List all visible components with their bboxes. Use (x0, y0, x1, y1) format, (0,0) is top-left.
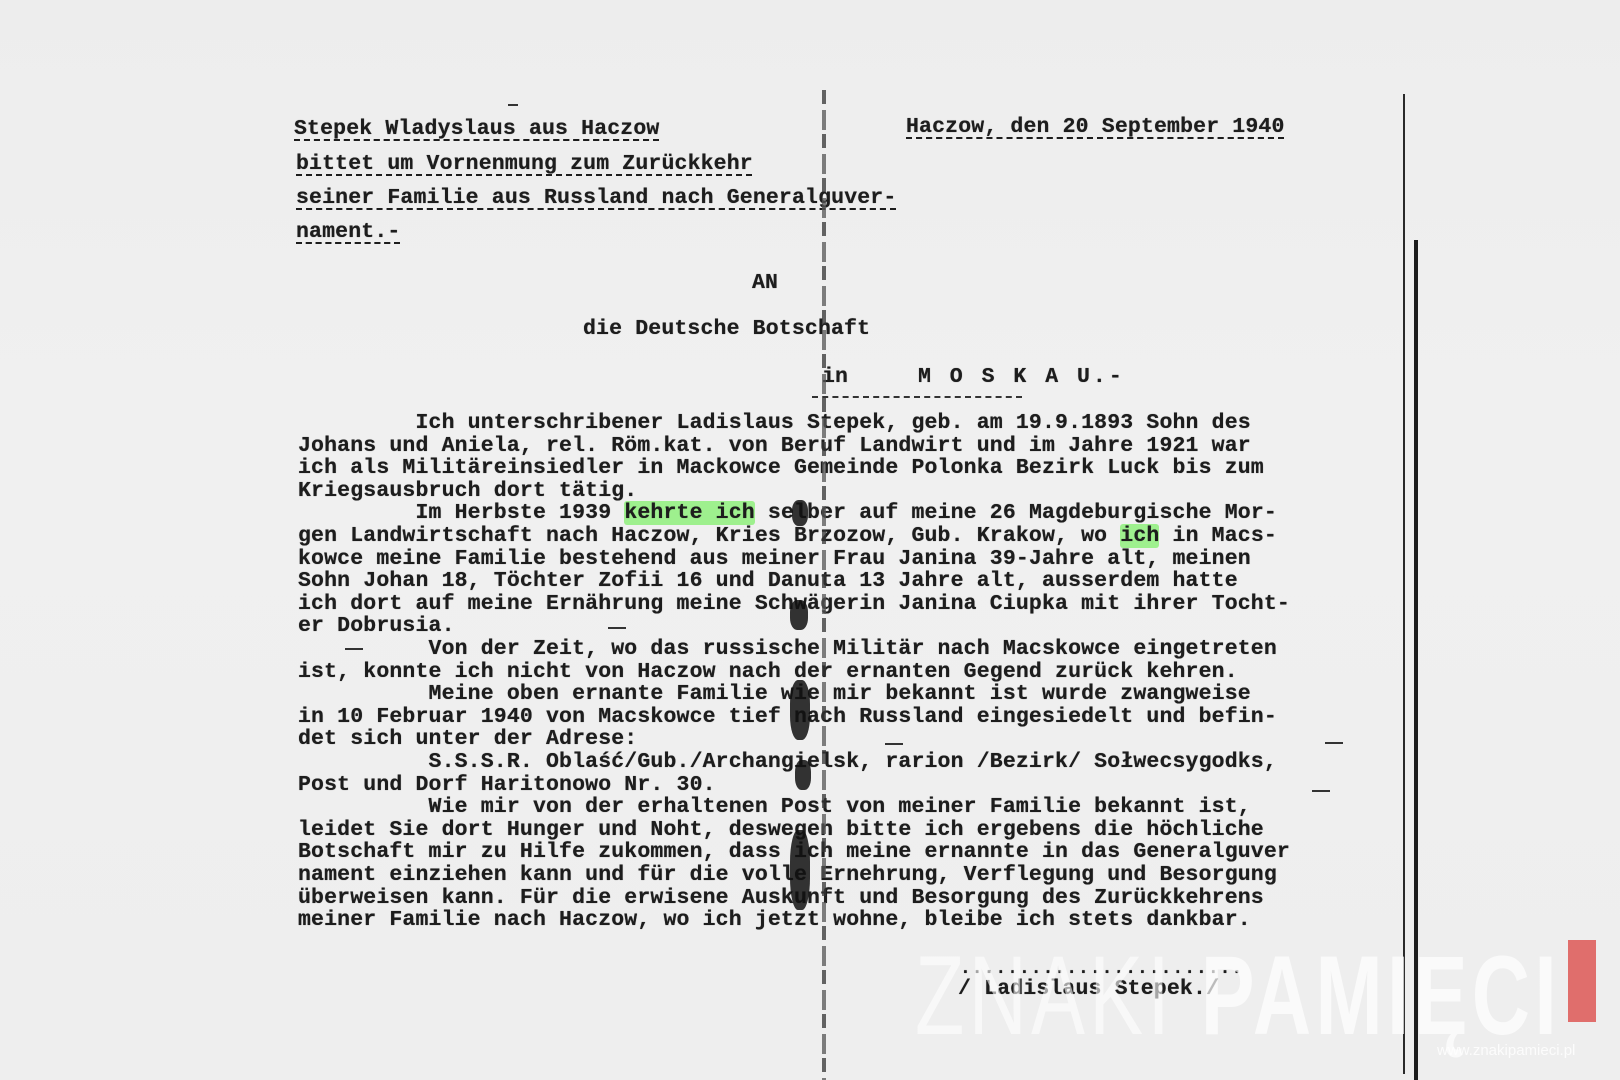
body-line: er Dobrusia. (298, 615, 455, 637)
ink-blot (795, 760, 811, 790)
highlighted-text: kehrte ich (624, 501, 755, 525)
body-line: leidet Sie dort Hunger und Noht, deswege… (298, 819, 1264, 841)
body-line: Ich unterschribener Ladislaus Stepek, ge… (298, 412, 1251, 434)
body-line: S.S.S.R. Oblaść/Gub./Archangielsk, rario… (298, 751, 1277, 773)
body-line: Sohn Johan 18, Töchter Zofii 16 und Danu… (298, 570, 1238, 592)
body-line: kowce meine Familie bestehend aus meiner… (298, 548, 1251, 570)
stray-mark (345, 648, 363, 650)
subject-line-4: nament.- (296, 221, 400, 243)
stray-mark (1325, 742, 1343, 744)
typewritten-letter: Stepek Wladyslaus aus Haczow bittet um V… (0, 0, 1620, 1080)
ink-blot (790, 600, 808, 630)
body-line: det sich unter der Adrese: (298, 728, 637, 750)
stray-mark (885, 743, 903, 745)
addressee-location: M O S K A U.- (918, 366, 1125, 388)
body-line: ich als Militäreinsiedler in Mackowce Ge… (298, 457, 1264, 479)
body-line: Wie mir von der erhaltenen Post von mein… (298, 796, 1251, 818)
stray-mark (1312, 790, 1330, 792)
paper-fold-line (822, 90, 826, 1080)
body-line: in 10 Februar 1940 von Macskowce tief na… (298, 706, 1277, 728)
underline-rule (812, 396, 1022, 398)
watermark-brand: ZNAKI PAMIĘCI (915, 940, 1561, 1052)
body-line: Kriegsausbruch dort tätig. (298, 480, 637, 502)
body-line: Von der Zeit, wo das russische Militär n… (298, 638, 1277, 660)
ink-blot (792, 500, 808, 526)
place-date: Haczow, den 20 September 1940 (906, 116, 1285, 138)
body-line: Johans und Aniela, rel. Röm.kat. von Ber… (298, 435, 1251, 457)
stray-mark (508, 104, 518, 106)
subject-line-1: Stepek Wladyslaus aus Haczow (294, 118, 659, 140)
body-line: Post und Dorf Haritonowo Nr. 30. (298, 774, 716, 796)
subject-line-3: seiner Familie aus Russland nach General… (296, 187, 896, 209)
subject-line-2: bittet um Vornenmung zum Zurückkehr (296, 153, 753, 175)
addressee-to: AN (752, 272, 778, 294)
ink-blot (790, 830, 810, 910)
addressee-recipient: die Deutsche Botschaft (583, 318, 870, 340)
highlighted-text: ich (1120, 524, 1159, 548)
body-line: nament einziehen kann und für die volle … (298, 864, 1277, 886)
body-line: gen Landwirtschaft nach Haczow, Kries Br… (298, 525, 1277, 547)
body-line: Im Herbste 1939 kehrte ich selber auf me… (298, 502, 1277, 524)
watermark-url: www.znakipamieci.pl (1437, 1042, 1575, 1059)
body-line: Meine oben ernante Familie wie mir bekan… (298, 683, 1251, 705)
body-line: überweisen kann. Für die erwisene Auskun… (298, 887, 1264, 909)
body-line: meiner Familie nach Haczow, wo ich jetzt… (298, 909, 1251, 931)
stray-mark (608, 627, 626, 629)
body-line: ist, konnte ich nicht von Haczow nach de… (298, 661, 1238, 683)
paper-edge-line (1403, 94, 1405, 1074)
ink-blot (790, 680, 810, 740)
watermark-accent-bar (1568, 940, 1596, 1022)
